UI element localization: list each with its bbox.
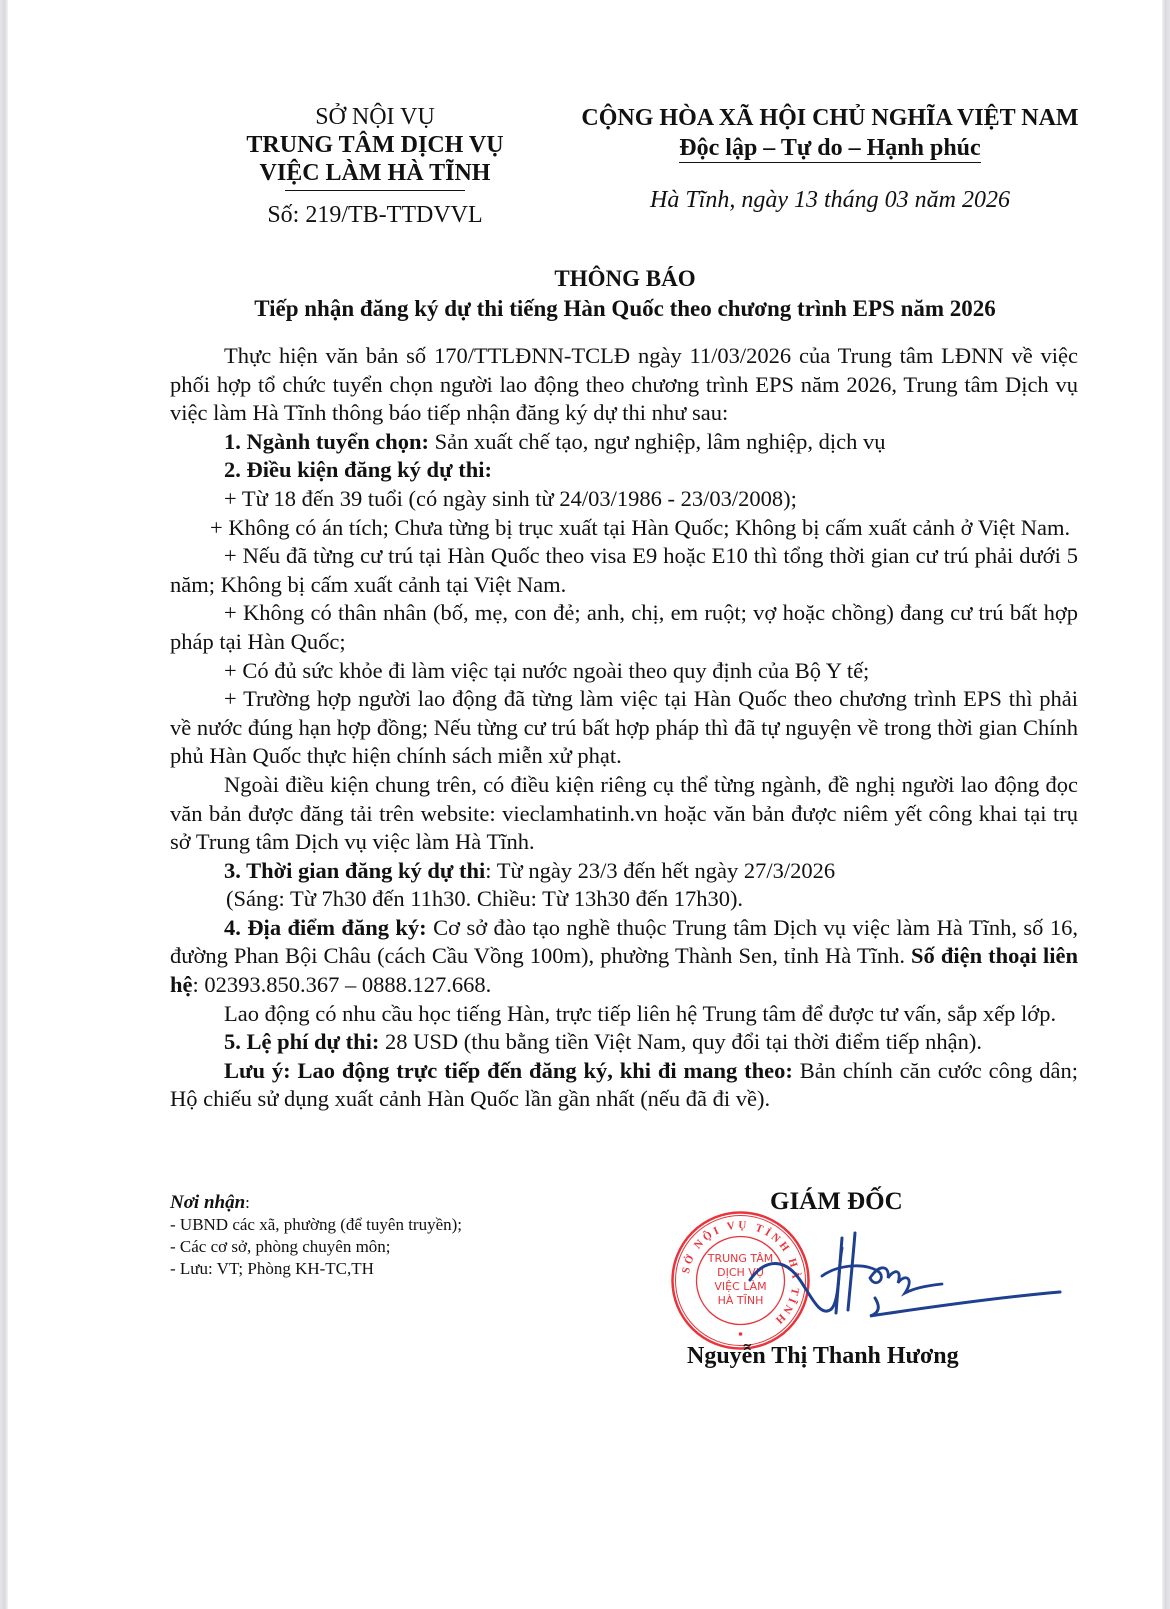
national-header-block: CỘNG HÒA XÃ HỘI CHỦ NGHĨA VIỆT NAM Độc l… — [560, 103, 1100, 215]
condition-item: + Từ 18 đến 39 tuổi (có ngày sinh từ 24/… — [170, 485, 1078, 514]
condition-item: + Không có án tích; Chưa từng bị trục xu… — [156, 514, 1078, 543]
title-main: THÔNG BÁO — [150, 264, 1100, 294]
recipients-colon: : — [245, 1193, 250, 1212]
section-3: 3. Thời gian đăng ký dự thi: Từ ngày 23/… — [170, 857, 1078, 886]
intro-paragraph: Thực hiện văn bản số 170/TTLĐNN-TCLĐ ngà… — [170, 342, 1078, 428]
phone-numbers: : 02393.850.367 – 0888.127.668. — [193, 972, 492, 997]
section-4: 4. Địa điểm đăng ký: Cơ sở đào tạo nghề … — [170, 914, 1078, 1000]
agency-underline — [285, 190, 465, 191]
condition-item: + Trường hợp người lao động đã từng làm … — [170, 685, 1078, 771]
recipients-heading: Nơi nhận — [170, 1192, 245, 1213]
section-5-text: 28 USD (thu bằng tiền Việt Nam, quy đổi … — [379, 1029, 982, 1054]
page-edge-right — [1162, 0, 1170, 1609]
condition-item: + Có đủ sức khỏe đi làm việc tại nước ng… — [170, 657, 1078, 686]
section-3-label: 3. Thời gian đăng ký dự thi — [224, 858, 485, 883]
section-5: 5. Lệ phí dự thi: 28 USD (thu bằng tiền … — [170, 1028, 1078, 1057]
recipients-block: Nơi nhận: - UBND các xã, phường (để tuyê… — [170, 1192, 462, 1280]
recipient-item: - Các cơ sở, phòng chuyên môn; — [170, 1236, 462, 1258]
title-subtitle: Tiếp nhận đăng ký dự thi tiếng Hàn Quốc … — [150, 294, 1100, 324]
document-number: Số: 219/TB-TTDVVL — [200, 201, 550, 229]
place-and-date: Hà Tĩnh, ngày 13 tháng 03 năm 2026 — [560, 185, 1100, 215]
condition-item: + Không có thân nhân (bố, mẹ, con đẻ; an… — [170, 599, 1078, 656]
note-paragraph: Lưu ý: Lao động trực tiếp đến đăng ký, k… — [170, 1057, 1078, 1114]
section-2-heading: 2. Điều kiện đăng ký dự thi: — [170, 456, 1078, 485]
recipient-item: - UBND các xã, phường (để tuyên truyền); — [170, 1214, 462, 1236]
condition-item: + Nếu đã từng cư trú tại Hàn Quốc theo v… — [170, 542, 1078, 599]
section-2-label: 2. Điều kiện đăng ký dự thi: — [224, 457, 492, 482]
document-body: Thực hiện văn bản số 170/TTLĐNN-TCLĐ ngà… — [170, 342, 1078, 1114]
agency-name-line2: VIỆC LÀM HÀ TĨNH — [200, 159, 550, 187]
handwritten-signature-icon — [730, 1218, 1065, 1333]
national-title: CỘNG HÒA XÃ HỘI CHỦ NGHĨA VIỆT NAM — [560, 103, 1100, 133]
section-4-label: 4. Địa điểm đăng ký: — [224, 915, 427, 940]
note-label: Lưu ý: Lao động trực tiếp đến đăng ký, k… — [224, 1058, 793, 1083]
section-3-hours: (Sáng: Từ 7h30 đến 11h30. Chiều: Từ 13h3… — [170, 885, 1078, 914]
signer-name: Nguyễn Thị Thanh Hương — [687, 1343, 959, 1370]
korean-class-paragraph: Lao động có nhu cầu học tiếng Hàn, trực … — [170, 1000, 1078, 1029]
section-3-text: : Từ ngày 23/3 đến hết ngày 27/3/2026 — [485, 858, 835, 883]
recipient-item: - Lưu: VT; Phòng KH-TC,TH — [170, 1258, 462, 1280]
ministry-name: SỞ NỘI VỤ — [200, 103, 550, 131]
section-5-label: 5. Lệ phí dự thi: — [224, 1029, 379, 1054]
agency-name-line1: TRUNG TÂM DỊCH VỤ — [200, 131, 550, 159]
extra-conditions-paragraph: Ngoài điều kiện chung trên, có điều kiện… — [170, 771, 1078, 857]
section-1: 1. Ngành tuyển chọn: Sản xuất chế tạo, n… — [170, 428, 1078, 457]
page-edge-left — [0, 0, 8, 1609]
issuing-agency-block: SỞ NỘI VỤ TRUNG TÂM DỊCH VỤ VIỆC LÀM HÀ … — [200, 103, 550, 229]
national-motto: Độc lập – Tự do – Hạnh phúc — [679, 134, 980, 163]
section-1-label: 1. Ngành tuyển chọn: — [224, 429, 429, 454]
document-title: THÔNG BÁO Tiếp nhận đăng ký dự thi tiếng… — [150, 264, 1100, 324]
section-1-text: Sản xuất chế tạo, ngư nghiệp, lâm nghiệp… — [429, 429, 885, 454]
